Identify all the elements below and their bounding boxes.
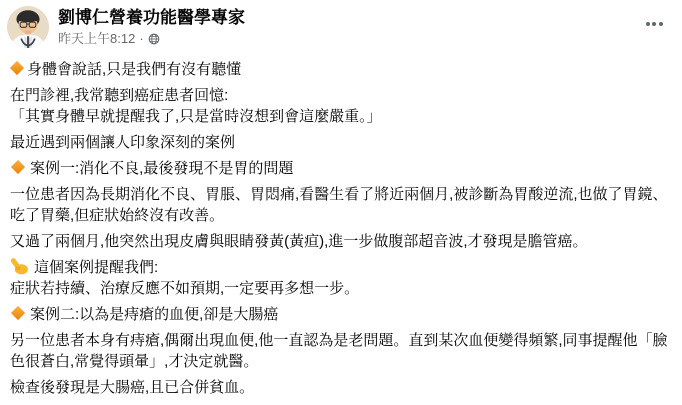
post-text-line: 最近遇到兩個讓人印象深刻的案例 <box>10 134 235 151</box>
post-text-line: 身體會說話,只是我們有沒有聽懂 <box>27 61 241 78</box>
meta-separator: · <box>139 30 143 47</box>
orange-diamond-icon <box>11 306 25 320</box>
more-options-icon <box>646 22 650 26</box>
pointing-hand-icon <box>10 257 29 275</box>
post-text-line: 案例一:消化不良,最後發現不是胃的問題 <box>30 160 293 177</box>
post-text-line: 又過了兩個月,他突然出現皮膚與眼睛發黃(黃疸),進一步做腹部超音波,才發現是膽管… <box>10 233 588 250</box>
post-text-line: 症狀若持續、治療反應不如預期,一定要再多想一步。 <box>10 278 672 299</box>
doctor-avatar-image <box>7 6 49 48</box>
post-paragraph: 檢查後發現是大腸癌,且已合併貧血。 <box>10 377 672 398</box>
post-text-line: 一位患者因為長期消化不良、胃脹、胃悶痛,看醫生看了將近兩個月,被診斷為胃酸逆流,… <box>10 186 668 224</box>
post-text-line: 「其實身體早就提醒我了,只是當時沒想到會這麼嚴重。」 <box>10 106 672 127</box>
post-paragraph: 另一位患者本身有痔瘡,偶爾出現血便,他一直認為是老問題。直到某次血便變得頻繁,同… <box>10 330 672 372</box>
more-options-button[interactable] <box>638 8 670 40</box>
post-text-line: 這個案例提醒我們: <box>10 257 672 278</box>
post-paragraph: 最近遇到兩個讓人印象深刻的案例 <box>10 132 672 153</box>
orange-diamond-icon <box>10 61 24 75</box>
post-text-line: 案例二:以為是痔瘡的血便,卻是大腸癌 <box>30 306 278 323</box>
author-name[interactable]: 劉博仁營養功能醫學專家 <box>58 7 245 28</box>
globe-icon <box>148 33 160 45</box>
post-paragraph: 一位患者因為長期消化不良、胃脹、胃悶痛,看醫生看了將近兩個月,被診斷為胃酸逆流,… <box>10 184 672 226</box>
post-paragraph: 身體會說話,只是我們有沒有聽懂 <box>10 59 672 80</box>
post-meta: 昨天上午8:12 · <box>58 30 245 47</box>
post-paragraph: 這個案例提醒我們: 症狀若持續、治療反應不如預期,一定要再多想一步。 <box>10 257 672 299</box>
post-text-line: 在門診裡,我常聽到癌症患者回憶: <box>10 85 672 106</box>
post-paragraph: 案例一:消化不良,最後發現不是胃的問題 <box>10 158 672 179</box>
post-text-line: 另一位患者本身有痔瘡,偶爾出現血便,他一直認為是老問題。直到某次血便變得頻繁,同… <box>10 332 668 370</box>
orange-diamond-icon <box>11 160 25 174</box>
avatar[interactable] <box>7 6 49 48</box>
post-body: 身體會說話,只是我們有沒有聽懂 在門診裡,我常聽到癌症患者回憶: 「其實身體早就… <box>0 48 682 398</box>
post-header: 劉博仁營養功能醫學專家 昨天上午8:12 · <box>0 0 682 48</box>
post-text-line: 檢查後發現是大腸癌,且已合併貧血。 <box>10 379 254 396</box>
timestamp[interactable]: 昨天上午8:12 <box>58 30 135 47</box>
post-paragraph: 案例二:以為是痔瘡的血便,卻是大腸癌 <box>10 304 672 325</box>
post-paragraph: 又過了兩個月,他突然出現皮膚與眼睛發黃(黃疸),進一步做腹部超音波,才發現是膽管… <box>10 231 672 252</box>
post-paragraph: 在門診裡,我常聽到癌症患者回憶: 「其實身體早就提醒我了,只是當時沒想到會這麼嚴… <box>10 85 672 127</box>
header-info: 劉博仁營養功能醫學專家 昨天上午8:12 · <box>58 6 245 47</box>
